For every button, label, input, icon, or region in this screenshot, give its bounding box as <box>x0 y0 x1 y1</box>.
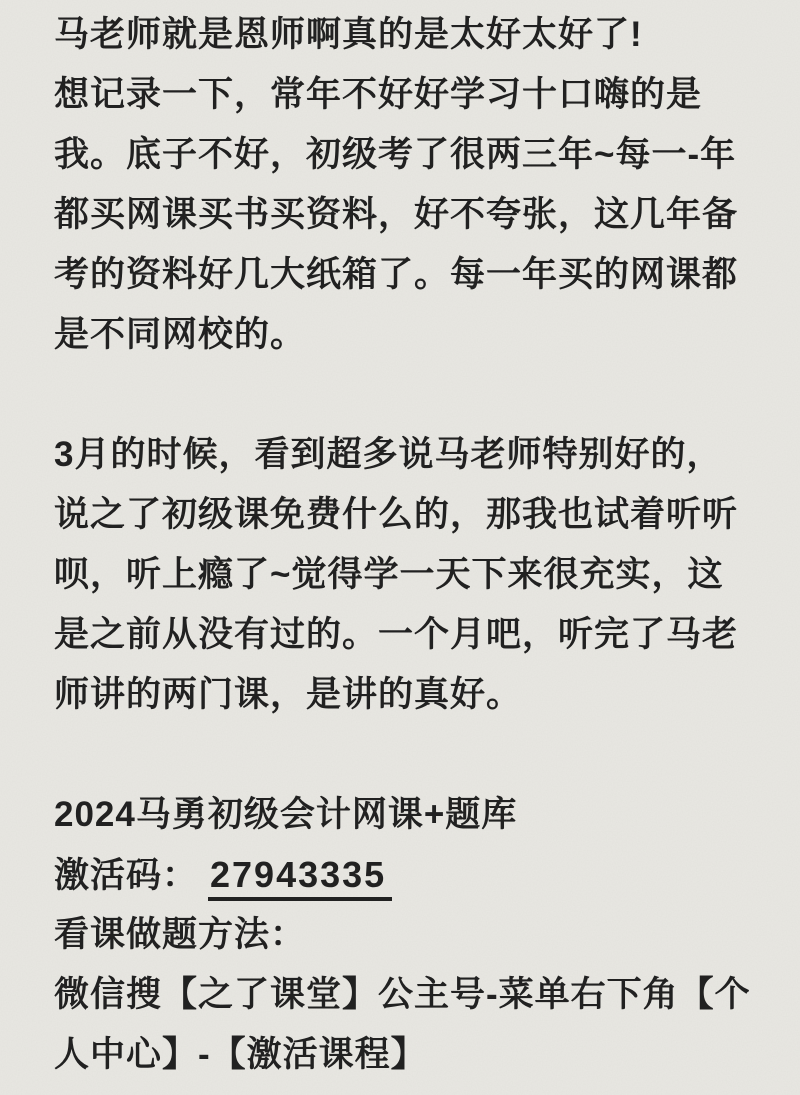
text-line: 师讲的两门课，是讲的真好。 <box>54 665 750 725</box>
method-line: 人中心】-【激活课程】 <box>54 1025 750 1085</box>
activation-code: 27943335 <box>208 854 392 901</box>
method-line: 微信搜【之了课堂】公主号-菜单右下角【个 <box>54 965 750 1025</box>
text-line: 是不同网校的。 <box>54 305 750 365</box>
text-line: 3月的时候，看到超多说马老师特别好的， <box>54 425 750 485</box>
activation-line: 激活码：27943335 <box>54 845 750 905</box>
text-line: 马老师就是恩师啊真的是太好太好了! <box>54 5 750 65</box>
paragraph-intro: 马老师就是恩师啊真的是太好太好了! 想记录一下，常年不好好学习十口嗨的是 我。底… <box>54 5 750 365</box>
text-line: 考的资料好几大纸箱了。每一年买的网课都 <box>54 245 750 305</box>
text-line: 是之前从没有过的。一个月吧，听完了马老 <box>54 605 750 665</box>
text-line: 说之了初级课免费什么的，那我也试着听听 <box>54 485 750 545</box>
paragraph-review: 3月的时候，看到超多说马老师特别好的， 说之了初级课免费什么的，那我也试着听听 … <box>54 425 750 725</box>
method-heading: 看课做题方法： <box>54 905 750 965</box>
text-line: 呗，听上瘾了~觉得学一天下来很充实，这 <box>54 545 750 605</box>
text-line: 想记录一下，常年不好好学习十口嗨的是 <box>54 65 750 125</box>
text-line: 都买网课买书买资料，好不夸张，这几年备 <box>54 185 750 245</box>
text-line: 我。底子不好，初级考了很两三年~每一-年 <box>54 125 750 185</box>
paragraph-course-info: 2024马勇初级会计网课+题库 激活码：27943335 看课做题方法： 微信搜… <box>54 785 750 1085</box>
course-title: 2024马勇初级会计网课+题库 <box>54 785 750 845</box>
activation-label: 激活码： <box>54 856 198 895</box>
note-page: 马老师就是恩师啊真的是太好太好了! 想记录一下，常年不好好学习十口嗨的是 我。底… <box>0 0 800 1085</box>
